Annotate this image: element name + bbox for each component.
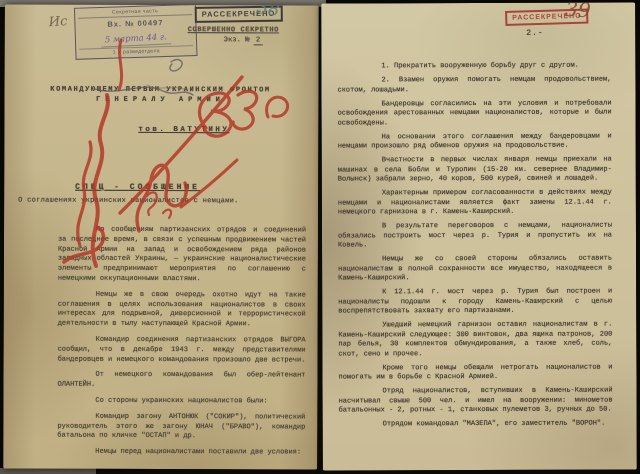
addressee-line-1: КОМАНДУЮЩЕМУ ПЕРВЫМ УКРАИНСКИМ ФРОНТОМ [50, 86, 270, 95]
scanned-document-photo: Ис Секретная часть Вх. № 00497 5 марта 4… [0, 0, 640, 474]
copy-number-value: 2 [254, 36, 262, 45]
paragraph: Кроме того немцы обещали нетрогать нацио… [338, 363, 612, 383]
paragraph: К 12.1.44 г. мост через р. Турия был пос… [338, 288, 612, 317]
right-page-body: 1. Прекратить вооруженную борьбу друг с … [337, 62, 612, 435]
paragraph: Со стороны украинских националистов были… [57, 397, 305, 408]
paragraph: Немцы же в свою очередь охотно идут на т… [58, 290, 306, 330]
page-right: РАССЕКРЕЧЕНО 39 2.- 1. Прекратить вооруж… [321, 2, 637, 470]
handwritten-note: Ис [48, 14, 68, 30]
paragraph: На основании этого соглашения между банд… [338, 132, 612, 152]
paragraph: 2. Взамен оружия помогать немцам продово… [337, 76, 611, 96]
paragraph: Немцы перед националистами поставили две… [57, 448, 305, 459]
copy-number-label: Экз. № [224, 36, 250, 44]
left-page-body: По сообщениям партизанских отрядов и сое… [57, 226, 306, 465]
incoming-registration-stamp: Секретная часть Вх. № 00497 5 марта 44 г… [74, 4, 198, 59]
paragraph: Отряд националистов, вступивших в Камень… [339, 387, 613, 416]
paragraph: Характерным примером согласованности в д… [338, 189, 612, 218]
document-title: СПЕЦ - СООБЩЕНИЕ [75, 183, 200, 192]
typed-page-number: 2.- [526, 29, 543, 38]
paragraph: Вчастности в первых числах января немцы … [338, 156, 612, 185]
secrecy-label: СОВЕРШЕННО СЕКРЕТНО [188, 26, 279, 34]
addressee-name: тов. ВАТУТИНУ [138, 126, 229, 134]
paragraph: В результате переговоров с немцами, наци… [338, 222, 612, 251]
paragraph: От немецкого командования был обер-лейте… [57, 371, 305, 391]
handwritten-page-number-right: 39 [564, 2, 591, 22]
page-left: Ис Секретная часть Вх. № 00497 5 марта 4… [3, 4, 319, 469]
addressee-block: КОМАНДУЮЩЕМУ ПЕРВЫМ УКРАИНСКИМ ФРОНТОМ Г… [44, 85, 276, 106]
paragraph: Командир загону АНТОНЮК ("СОКИР"), полит… [57, 412, 305, 442]
addressee-line-2: ГЕНЕРАЛУ АРМИИ [44, 95, 276, 106]
paragraph: 1. Прекратить вооруженную борьбу друг с … [337, 62, 611, 72]
paragraph: По сообщениям партизанских отрядов и сое… [58, 226, 306, 286]
paragraph: Командир соединения партизанских отрядов… [58, 336, 306, 366]
backing-sheet-edge-bottom [0, 468, 96, 474]
paragraph: Немцы же со своей стороны обязались оста… [338, 255, 612, 284]
paragraph: Ушедший немецкий гарнизон оставил национ… [338, 321, 612, 360]
paragraph: Бандеровцы согласились на эти условия и … [338, 99, 612, 128]
copy-number: Экз. № 2 [224, 36, 263, 44]
document-subtitle: О соглашениях украинских националистов с… [18, 197, 239, 206]
paragraph: Отрядом командовал "МАЗЕПА", его замести… [339, 420, 613, 430]
